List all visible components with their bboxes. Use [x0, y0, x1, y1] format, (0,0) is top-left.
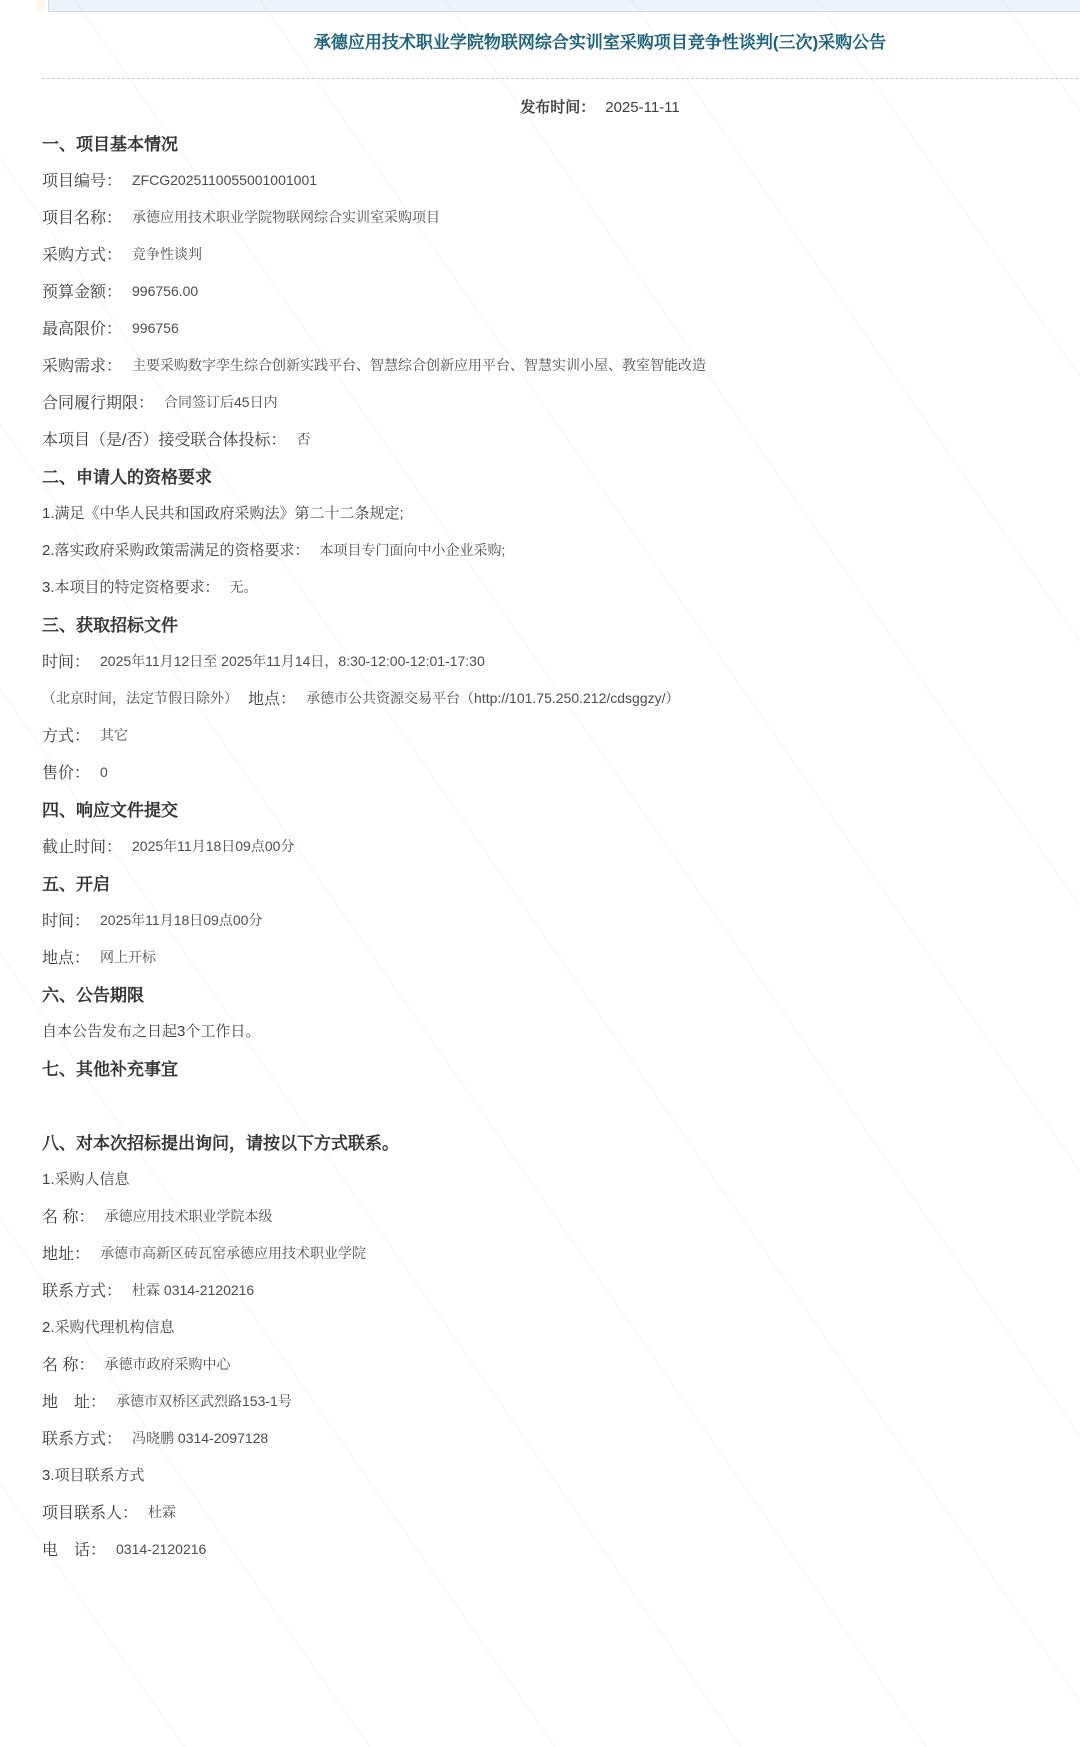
field-value: （北京时间，法定节假日除外） — [42, 688, 238, 708]
field-label: 截止时间： — [42, 834, 122, 857]
field-label: 项目编号： — [42, 168, 122, 191]
field-line: 售价：0 — [42, 753, 1080, 790]
section-heading-text: 八、对本次招标提出询问，请按以下方式联系。 — [42, 1129, 399, 1154]
field-value: 承德市政府采购中心 — [104, 1354, 230, 1374]
field-label: 地 址： — [42, 1389, 106, 1412]
section-heading-text: 六、公告期限 — [42, 981, 144, 1006]
text-line: 2.采购代理机构信息 — [42, 1308, 1080, 1345]
publish-time-value: 2025-11-11 — [605, 99, 680, 116]
field-label: 售价： — [42, 760, 90, 783]
field-line: 项目编号：ZFCG2025110055001001001 — [42, 161, 1080, 198]
field-line: 时间：2025年11月18日09点00分 — [42, 901, 1080, 938]
field-value: 否 — [296, 429, 310, 449]
field-value: 承德应用技术职业学院本级 — [104, 1206, 272, 1226]
text-content: 3.本项目的特定资格要求： — [42, 576, 220, 597]
text-content: 3.项目联系方式 — [42, 1464, 145, 1485]
field-label: 预算金额： — [42, 279, 122, 302]
text-content: 自本公告发布之日起3个工作日。 — [42, 1020, 260, 1041]
field-value: 0 — [100, 764, 108, 780]
text-line: 自本公告发布之日起3个工作日。 — [42, 1012, 1080, 1049]
section-heading: 四、响应文件提交 — [42, 790, 1080, 827]
text-content: 1.采购人信息 — [42, 1168, 130, 1189]
field-value: 承德市高新区砖瓦窑承德应用技术职业学院 — [100, 1243, 366, 1263]
field-value: 2025年11月18日09点00分 — [132, 836, 294, 856]
section-heading-text: 三、获取招标文件 — [42, 611, 178, 636]
text-content: 2.落实政府采购政策需满足的资格要求： — [42, 539, 310, 560]
field-label: 时间： — [42, 908, 90, 931]
field-value: 2025年11月18日09点00分 — [100, 910, 262, 930]
field-label: 联系方式： — [42, 1278, 122, 1301]
field-line: 采购方式：竞争性谈判 — [42, 235, 1080, 272]
field-line: 采购需求：主要采购数字孪生综合创新实践平台、智慧综合创新应用平台、智慧实训小屋、… — [42, 346, 1080, 383]
field-value: 冯晓鹏 0314-2097128 — [132, 1428, 268, 1448]
section-heading-text: 二、申请人的资格要求 — [42, 463, 212, 488]
announcement-body: 一、项目基本情况项目编号：ZFCG2025110055001001001项目名称… — [42, 124, 1080, 1567]
text-content: 1.满足《中华人民共和国政府采购法》第二十二条规定; — [42, 502, 404, 523]
field-value: 无。 — [230, 577, 258, 597]
field-label: 名 称： — [42, 1204, 94, 1227]
publish-time-line: 发布时间：2025-11-11 — [42, 96, 1080, 120]
field-label: 时间： — [42, 649, 90, 672]
field-line: 方式：其它 — [42, 716, 1080, 753]
field-line: 合同履行期限：合同签订后45日内 — [42, 383, 1080, 420]
section-heading-text: 七、其他补充事宜 — [42, 1055, 178, 1080]
announcement-document: 承德应用技术职业学院物联网综合实训室采购项目竞争性谈判(三次)采购公告 发布时间… — [42, 0, 1080, 1567]
field-value: 杜霖 0314-2120216 — [132, 1280, 254, 1300]
field-label: 合同履行期限： — [42, 390, 154, 413]
field-value: 996756 — [132, 320, 179, 336]
field-value: 2025年11月12日至 2025年11月14日，8:30-12:00-12:0… — [100, 651, 485, 671]
section-heading: 二、申请人的资格要求 — [42, 457, 1080, 494]
field-line: 预算金额：996756.00 — [42, 272, 1080, 309]
field-label: 最高限价： — [42, 316, 122, 339]
dashed-separator — [42, 78, 1080, 79]
field-value: 合同签订后45日内 — [164, 392, 278, 412]
field-value: 承德市公共资源交易平台（http://101.75.250.212/cdsggz… — [306, 688, 679, 708]
field-line: 联系方式：杜霖 0314-2120216 — [42, 1271, 1080, 1308]
text-line: 3.本项目的特定资格要求：无。 — [42, 568, 1080, 605]
field-label: 地点： — [42, 945, 90, 968]
field-value: 网上开标 — [100, 947, 156, 967]
field-line: 本项目（是/否）接受联合体投标：否 — [42, 420, 1080, 457]
field-label: 采购需求： — [42, 353, 122, 376]
section-heading: 八、对本次招标提出询问，请按以下方式联系。 — [42, 1123, 1080, 1160]
field-line: 时间：2025年11月12日至 2025年11月14日，8:30-12:00-1… — [42, 642, 1080, 679]
section-heading: 五、开启 — [42, 864, 1080, 901]
text-content: 2.采购代理机构信息 — [42, 1316, 175, 1337]
text-line: 3.项目联系方式 — [42, 1456, 1080, 1493]
section-heading: 七、其他补充事宜 — [42, 1049, 1080, 1086]
field-value: 996756.00 — [132, 283, 198, 299]
field-line: 地 址：承德市双桥区武烈路153-1号 — [42, 1382, 1080, 1419]
field-line: 地点：网上开标 — [42, 938, 1080, 975]
field-line: 项目名称：承德应用技术职业学院物联网综合实训室采购项目 — [42, 198, 1080, 235]
field-label: 方式： — [42, 723, 90, 746]
field-label: 地址： — [42, 1241, 90, 1264]
field-label: 联系方式： — [42, 1426, 122, 1449]
field-value: 承德应用技术职业学院物联网综合实训室采购项目 — [132, 207, 440, 227]
field-label: 本项目（是/否）接受联合体投标： — [42, 427, 286, 450]
field-line: 名 称：承德应用技术职业学院本级 — [42, 1197, 1080, 1234]
field-label: 地点： — [248, 686, 296, 709]
field-value: 其它 — [100, 725, 128, 745]
field-line: 地址：承德市高新区砖瓦窑承德应用技术职业学院 — [42, 1234, 1080, 1271]
field-value: 本项目专门面向中小企业采购; — [320, 540, 506, 560]
section-heading: 三、获取招标文件 — [42, 605, 1080, 642]
field-line: 截止时间：2025年11月18日09点00分 — [42, 827, 1080, 864]
section-heading: 一、项目基本情况 — [42, 124, 1080, 161]
field-value: 主要采购数字孪生综合创新实践平台、智慧综合创新应用平台、智慧实训小屋、教室智能改… — [132, 355, 706, 375]
field-value: 杜霖 — [148, 1502, 176, 1522]
field-label: 电 话： — [42, 1537, 106, 1560]
field-line: 电 话：0314-2120216 — [42, 1530, 1080, 1567]
publish-time-label: 发布时间： — [520, 99, 595, 116]
section-heading: 六、公告期限 — [42, 975, 1080, 1012]
text-line: 2.落实政府采购政策需满足的资格要求：本项目专门面向中小企业采购; — [42, 531, 1080, 568]
field-line: 名 称：承德市政府采购中心 — [42, 1345, 1080, 1382]
field-label: 采购方式： — [42, 242, 122, 265]
section-heading-text: 五、开启 — [42, 870, 110, 895]
announcement-title: 承德应用技术职业学院物联网综合实训室采购项目竞争性谈判(三次)采购公告 — [42, 30, 1080, 56]
field-value: 承德市双桥区武烈路153-1号 — [116, 1391, 292, 1411]
field-line: 最高限价：996756 — [42, 309, 1080, 346]
section-heading-text: 一、项目基本情况 — [42, 130, 178, 155]
field-value: 竞争性谈判 — [132, 244, 202, 264]
field-label: 项目名称： — [42, 205, 122, 228]
field-line: （北京时间，法定节假日除外）地点：承德市公共资源交易平台（http://101.… — [42, 679, 1080, 716]
field-value: 0314-2120216 — [116, 1541, 206, 1557]
procurement-announcement-page: { "page": { "title": "承德应用技术职业学院物联网综合实训室… — [0, 0, 1080, 1747]
field-label: 名 称： — [42, 1352, 94, 1375]
spacer-line — [42, 1086, 1080, 1123]
text-line: 1.采购人信息 — [42, 1160, 1080, 1197]
field-line: 项目联系人：杜霖 — [42, 1493, 1080, 1530]
field-label: 项目联系人： — [42, 1500, 138, 1523]
text-line: 1.满足《中华人民共和国政府采购法》第二十二条规定; — [42, 494, 1080, 531]
field-line: 联系方式：冯晓鹏 0314-2097128 — [42, 1419, 1080, 1456]
field-value: ZFCG2025110055001001001 — [132, 172, 317, 188]
section-heading-text: 四、响应文件提交 — [42, 796, 178, 821]
